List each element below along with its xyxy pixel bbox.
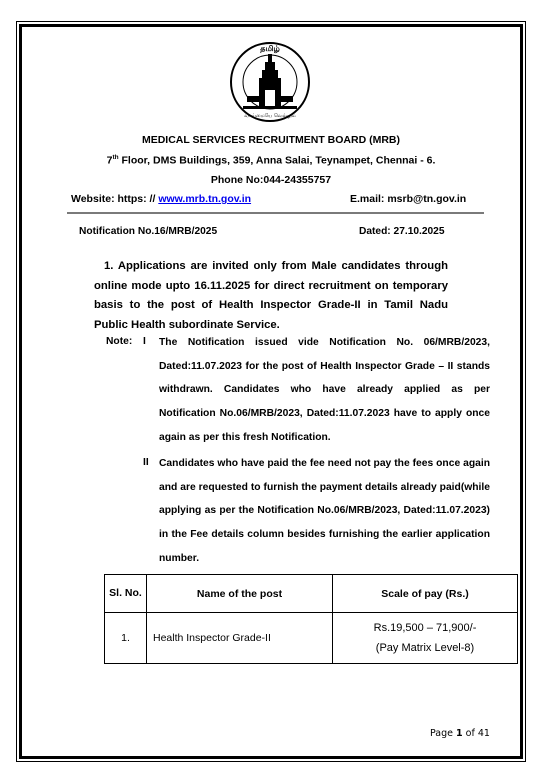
email: E.mail: msrb@tn.gov.in <box>350 193 466 205</box>
header-divider <box>67 212 484 214</box>
note-number-2: II <box>143 457 149 468</box>
page-of: of <box>463 728 478 739</box>
org-address: 7th Floor, DMS Buildings, 359, Anna Sala… <box>0 154 542 167</box>
address-text: Floor, DMS Buildings, 359, Anna Salai, T… <box>119 155 436 167</box>
svg-text:தமிழ்: தமிழ் <box>260 44 280 54</box>
org-name: MEDICAL SERVICES RECRUITMENT BOARD (MRB) <box>0 134 542 146</box>
cell-post-name: Health Inspector Grade-II <box>147 613 333 664</box>
website-label: Website: https: // <box>71 193 158 205</box>
org-phone: Phone No:044-24355757 <box>0 174 542 186</box>
header-scale-of-pay: Scale of pay (Rs.) <box>333 575 518 613</box>
page-current: 1 <box>456 728 463 739</box>
pay-range: Rs.19,500 – 71,900/- <box>339 618 511 638</box>
tamil-nadu-emblem-icon: தமிழ் வாய்மையே வெல்லும் <box>229 40 311 126</box>
svg-text:வாய்மையே வெல்லும்: வாய்மையே வெல்லும் <box>244 113 296 119</box>
note-label: Note: <box>106 336 132 347</box>
posts-table: Sl. No. Name of the post Scale of pay (R… <box>104 574 518 664</box>
page-total: 41 <box>478 728 490 739</box>
table-row: 1. Health Inspector Grade-II Rs.19,500 –… <box>105 613 518 664</box>
table-header-row: Sl. No. Name of the post Scale of pay (R… <box>105 575 518 613</box>
page-prefix: Page <box>430 728 456 739</box>
paragraph-1: 1. Applications are invited only from Ma… <box>94 257 448 336</box>
note-text-1: The Notification issued vide Notificatio… <box>159 331 490 450</box>
page-number: Page 1 of 41 <box>430 728 490 739</box>
note-text-2: Candidates who have paid the fee need no… <box>159 452 490 571</box>
header-sl-no: Sl. No. <box>105 575 147 613</box>
cell-sl-no: 1. <box>105 613 147 664</box>
cell-scale-of-pay: Rs.19,500 – 71,900/- (Pay Matrix Level-8… <box>333 613 518 664</box>
notification-number: Notification No.16/MRB/2025 <box>79 226 217 237</box>
website-line: Website: https: // www.mrb.tn.gov.in <box>71 193 251 205</box>
note-number-1: I <box>143 336 146 347</box>
pay-matrix-level: (Pay Matrix Level-8) <box>339 638 511 658</box>
header-post-name: Name of the post <box>147 575 333 613</box>
notification-date: Dated: 27.10.2025 <box>359 226 445 237</box>
website-link[interactable]: www.mrb.tn.gov.in <box>158 193 251 205</box>
